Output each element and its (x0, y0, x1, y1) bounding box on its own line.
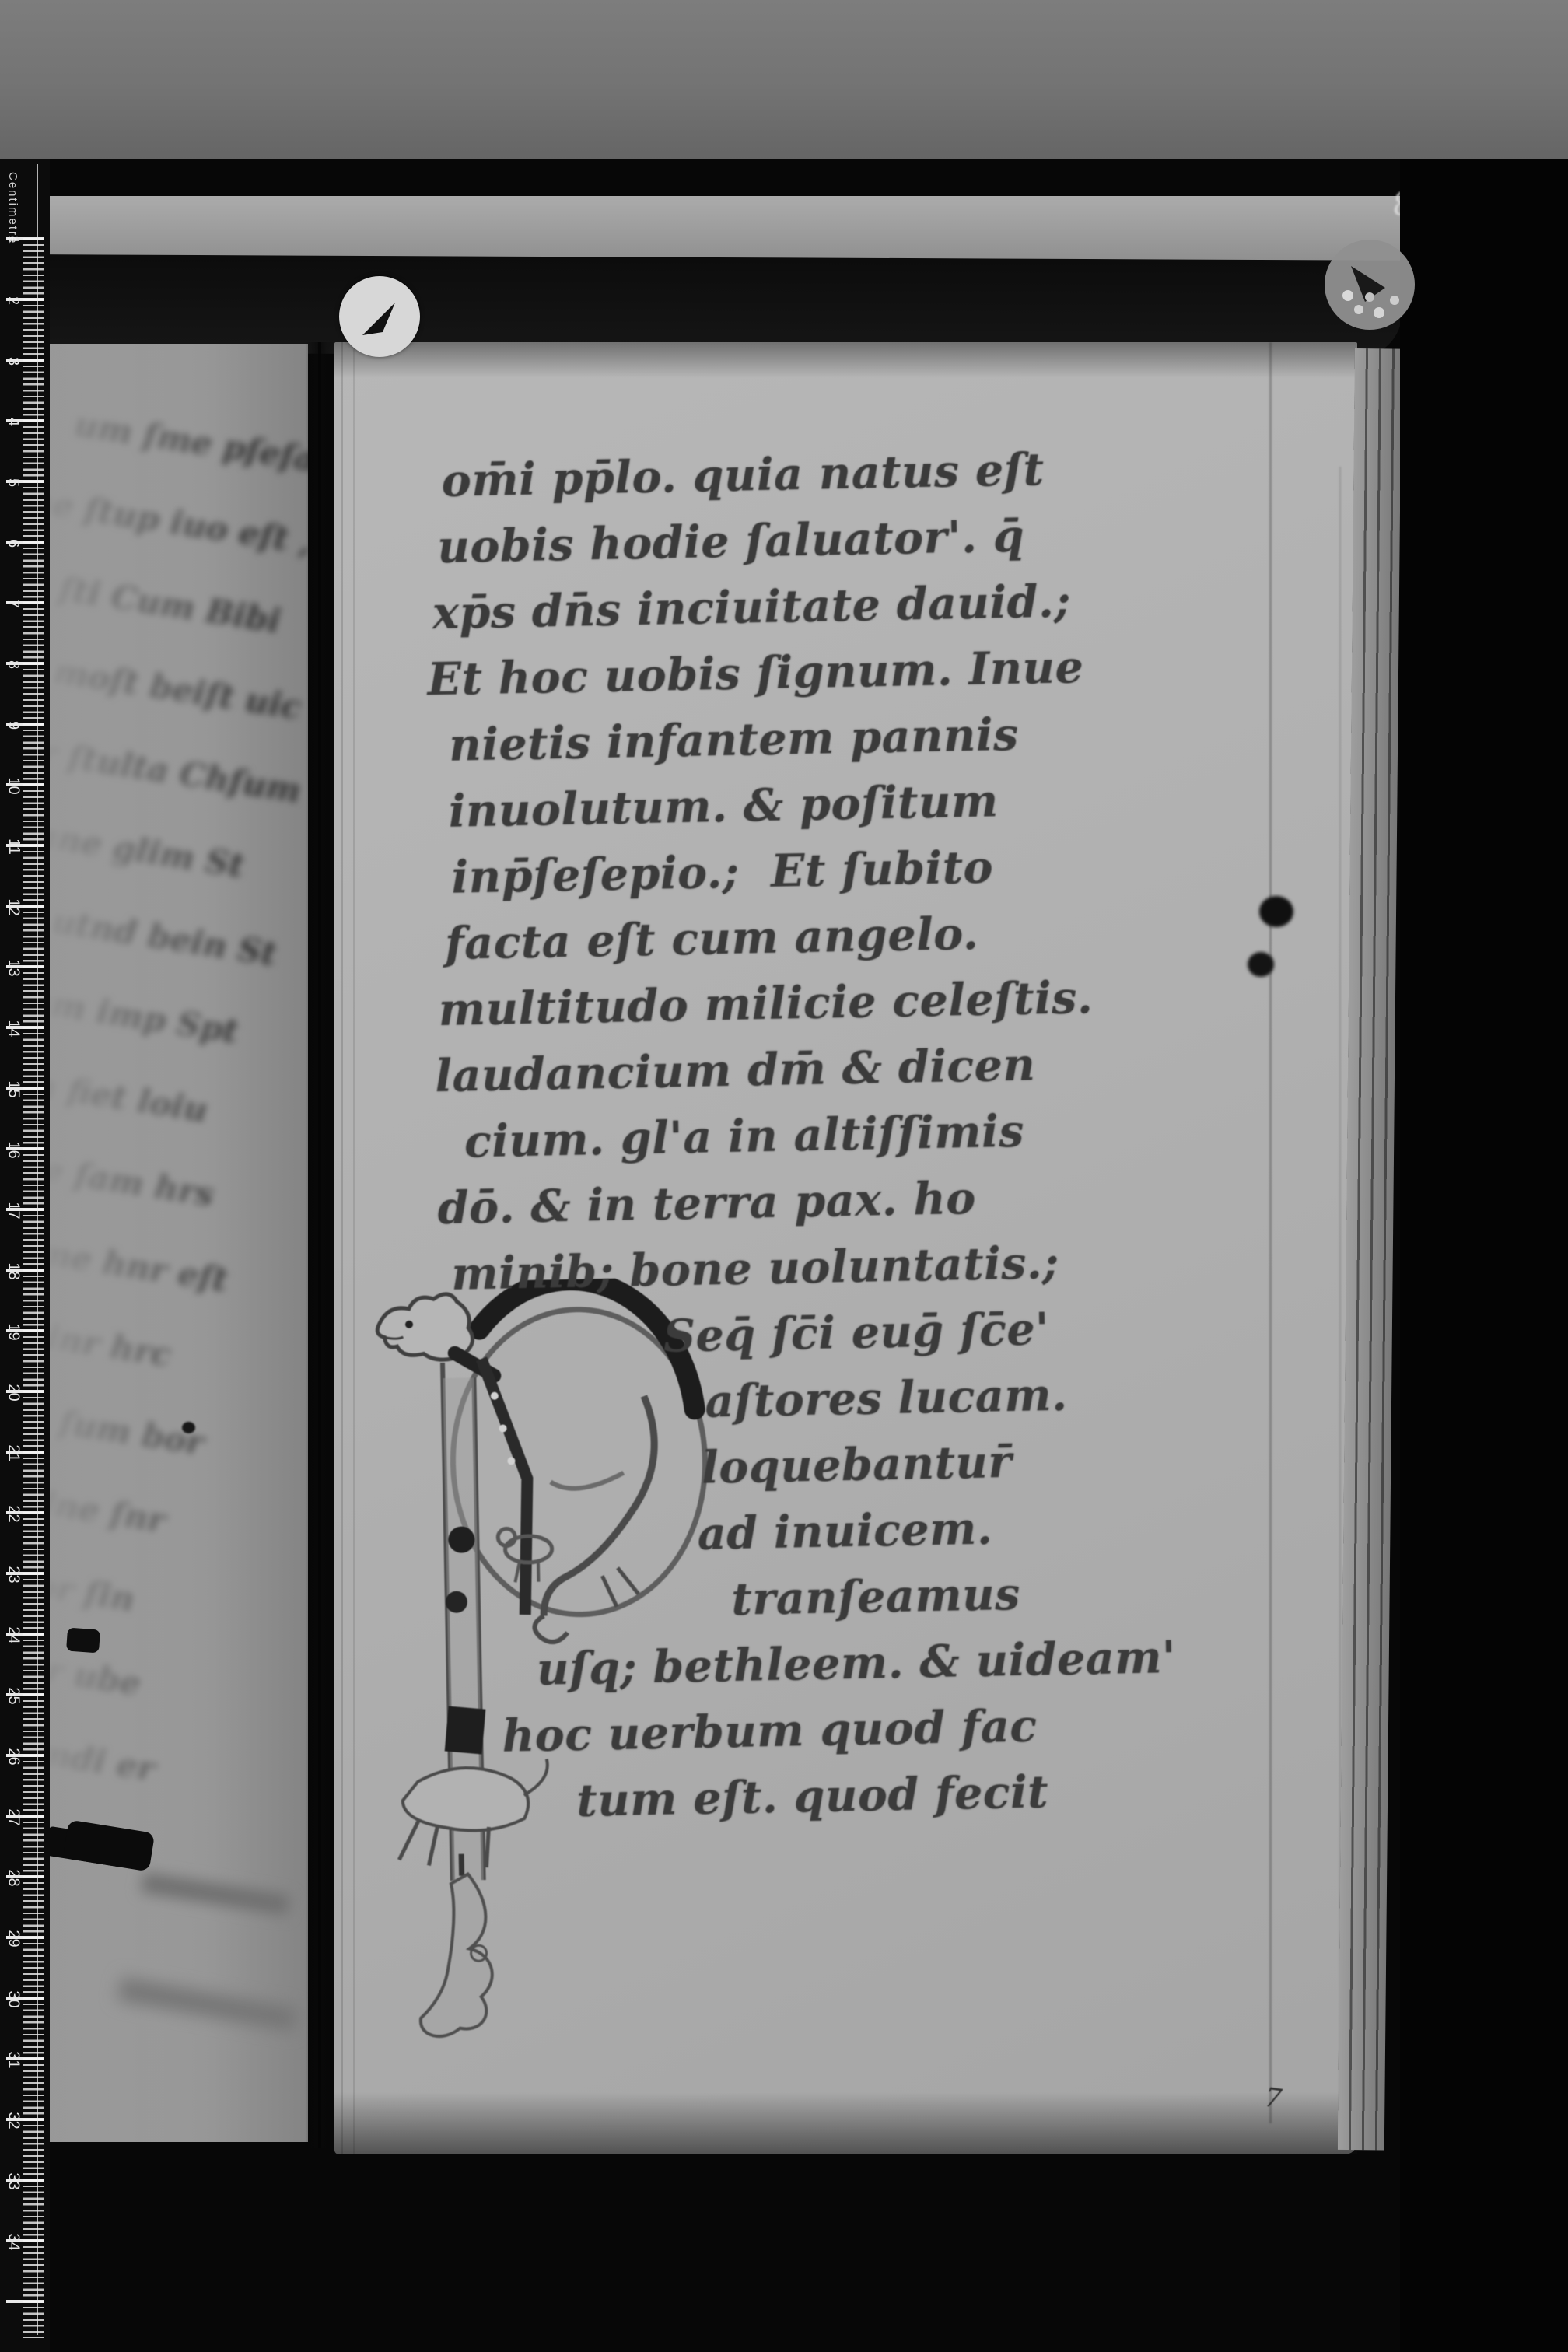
folio-number: 7 (1262, 2082, 1283, 2116)
ruler-number: 6 (2, 513, 25, 573)
ruler-number: 27 (2, 1787, 25, 1847)
ruler-number: 10 (2, 755, 25, 816)
manuscript-line: om̄i pp̄lo. quia natus eſt (441, 439, 1088, 517)
ruler-number: 2 (2, 270, 25, 331)
backdrop-top-band (0, 0, 1568, 159)
ruler-number: 31 (2, 2029, 25, 2090)
ruler-number: 22 (2, 1483, 25, 1544)
manuscript-line: nietis infantem pannis (449, 703, 1094, 782)
strap-nub (66, 1628, 100, 1654)
clip-arrow-icon (339, 276, 420, 357)
clip-arrow-icon (1325, 240, 1415, 330)
ruler-number: 3 (2, 331, 25, 391)
ruler-number: 20 (2, 1362, 25, 1423)
manuscript-line: Seq̄ ſc̄i euḡ ſc̄e' (663, 1298, 1105, 1373)
ruler-number: 21 (2, 1423, 25, 1483)
ruler-number: 14 (2, 998, 25, 1059)
manuscript-line: inp̄ſeſepio.; Et ſubito (451, 835, 1096, 914)
ink-blot (1248, 952, 1274, 977)
ruler-number: 30 (2, 1969, 25, 2029)
ruler-numbers: 1234567891011121314151617181920212223242… (2, 159, 25, 2272)
recto-page: om̄i pp̄lo. quia natus eſtuobis hodie ſa… (334, 342, 1357, 2154)
manuscript-line: Et hoc uobis ſignum. Inue (427, 637, 1092, 716)
manuscript-line: hoc uerbum quod fac (502, 1695, 1112, 1773)
manuscript-line: inuolutum. & poſitum (448, 769, 1094, 848)
ruler-number: 8 (2, 634, 25, 695)
ink-spot (182, 1422, 195, 1433)
ruler-number: 7 (2, 573, 25, 634)
ruler-number: 32 (2, 2090, 25, 2151)
ruler-number: 16 (2, 1119, 25, 1180)
ruler-number: 33 (2, 2151, 25, 2211)
manuscript-line: cium. gl'a in altiſſimis (464, 1100, 1101, 1178)
manuscript-line: tranſeamus (731, 1563, 1111, 1636)
ruler-number: 5 (2, 452, 25, 513)
centimetre-ruler: Centimetre 12345678910111213141516171819… (0, 159, 50, 2352)
manuscript-line: laudancium dm̄ & dicen (435, 1034, 1100, 1112)
ruler-number: 29 (2, 1908, 25, 1969)
ruler-number: 26 (2, 1726, 25, 1787)
manuscript-line: minib; bone uoluntatis.; (451, 1232, 1104, 1311)
ink-blot (1259, 896, 1293, 927)
page-crease-line (1269, 342, 1272, 2123)
manuscript-line: dō. & in terra pax. ho (437, 1166, 1102, 1244)
ruler-number: 9 (2, 695, 25, 755)
verso-page: um ſme pſeſamme ſtup iuo eſt ,uos ſti Cu… (48, 344, 308, 2142)
ruler-number: 19 (2, 1301, 25, 1362)
manuscript-line: aſtores lucam. (705, 1364, 1107, 1438)
ruler-number: 1 (2, 209, 25, 270)
ruler-number: 25 (2, 1665, 25, 1726)
manuscript-line: tum eſt. quod fecit (576, 1761, 1115, 1837)
ruler-edge-line (37, 164, 38, 2335)
ruler-number: 17 (2, 1180, 25, 1241)
black-margin (1400, 159, 1568, 2352)
manuscript-line: uobis hodie ſaluator'. q̄ (437, 505, 1090, 583)
ruler-number: 13 (2, 937, 25, 998)
margin-fold-line (353, 342, 355, 2154)
ruler-number: 18 (2, 1241, 25, 1301)
manuscript-line: loquebantur̄ (701, 1430, 1108, 1504)
manuscript-line: multitudo milicie celeſtis. (438, 968, 1098, 1046)
ruler-number: 28 (2, 1847, 25, 1908)
ruler-number: 23 (2, 1544, 25, 1605)
manuscript-text-block: om̄i pp̄lo. quia natus eſtuobis hodie ſa… (434, 439, 1114, 1839)
right-page-clip (1325, 240, 1415, 330)
manuscript-line: facta eſt cum angelo. (444, 901, 1097, 980)
manuscript-photograph: 8851 um ſme pſeſamme ſtup iuo eſt ,uos ſ… (0, 0, 1568, 2352)
ruler-number: 15 (2, 1059, 25, 1119)
manuscript-line: uſq; bethleem. & uideam' (536, 1629, 1111, 1706)
margin-fold-line (341, 342, 343, 2154)
ruler-number: 12 (2, 877, 25, 937)
manuscript-line: xp̄s dn̄s inciuitate dauid.; (432, 571, 1090, 649)
ruler-number: 24 (2, 1605, 25, 1665)
ruler-number: 34 (2, 2211, 25, 2272)
ruler-number: 4 (2, 391, 25, 452)
left-page-clip (339, 276, 420, 357)
verso-focus-fade (48, 344, 308, 2142)
ruler-number: 11 (2, 816, 25, 877)
book-top-edge (43, 196, 1509, 263)
manuscript-line: ad inuicem. (697, 1496, 1109, 1570)
